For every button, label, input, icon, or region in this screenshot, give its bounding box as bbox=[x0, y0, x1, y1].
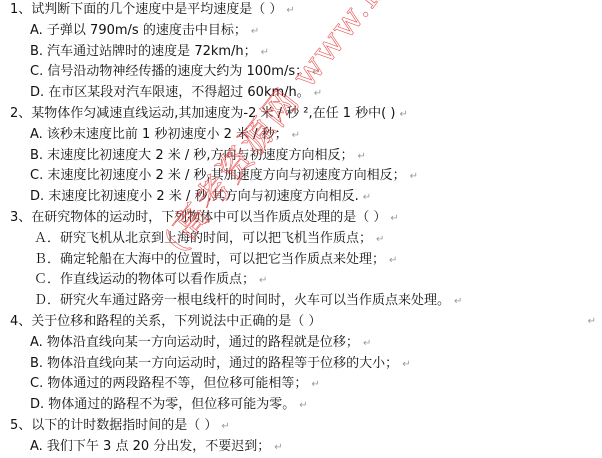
paragraph-mark-icon: ↵ bbox=[251, 26, 259, 37]
paragraph-mark-icon: ↵ bbox=[259, 275, 267, 286]
option-text: D. 物体通过的路程不为零，但位移可能为零。 bbox=[30, 397, 295, 412]
paragraph-mark-icon: ↵ bbox=[402, 359, 410, 370]
question-1-option-c: C. 信号沿动物神经传播的速度大约为 100m/s；↵ bbox=[0, 62, 602, 83]
option-text: Ｂ．确定轮船在大海中的位置时，可以把它当作质点来处理； bbox=[34, 252, 385, 267]
question-3-option-d: Ｄ．研究火车通过路旁一根电线杆的时间时，火车可以当作质点来处理。↵ bbox=[0, 291, 602, 312]
document-page: 1、试判断下面的几个速度中是平均速度是（ ）↵ A. 子弹以 790m/s 的速… bbox=[0, 0, 602, 458]
question-1-option-d: D. 在市区某段对汽车限速，不得超过 60km/h。↵ bbox=[0, 83, 602, 104]
option-text: A. 物体沿直线向某一方向运动时，通过的路程就是位移； bbox=[30, 335, 359, 350]
paragraph-mark-icon: ↵ bbox=[358, 151, 366, 162]
paragraph-mark-icon: ↵ bbox=[390, 213, 398, 224]
question-2-option-d: D. 末速度比初速度小 2 米 / 秒,其方向与初速度方向相反.↵ bbox=[0, 187, 602, 208]
question-4-option-a: A. 物体沿直线向某一方向运动时，通过的路程就是位移；↵ bbox=[0, 333, 602, 354]
question-2-option-a: A. 该秒末速度比前 1 秒初速度小 2 米 / 秒；↵ bbox=[0, 125, 602, 146]
option-text: C. 末速度比初速度小 2 米 / 秒,其加速度方向与初速度方向相反； bbox=[30, 168, 406, 183]
question-text: 5、以下的计时数据指时间的是（ ） bbox=[10, 418, 217, 433]
paragraph-mark-icon: ↵ bbox=[588, 312, 596, 333]
question-3-option-a: Ａ．研究飞机从北京到上海的时间，可以把飞机当作质点；↵ bbox=[0, 229, 602, 250]
question-4-stem: 4、关于位移和路程的关系，下列说法中正确的是（ ）↵ bbox=[0, 312, 602, 333]
paragraph-mark-icon: ↵ bbox=[292, 130, 300, 141]
paragraph-mark-icon: ↵ bbox=[363, 192, 371, 203]
paragraph-mark-icon: ↵ bbox=[314, 88, 322, 99]
paragraph-mark-icon: ↵ bbox=[363, 338, 371, 349]
paragraph-mark-icon: ↵ bbox=[311, 379, 319, 390]
question-4-option-d: D. 物体通过的路程不为零，但位移可能为零。↵ bbox=[0, 395, 602, 416]
option-text: D. 末速度比初速度小 2 米 / 秒,其方向与初速度方向相反. bbox=[30, 189, 359, 204]
option-text: B. 物体沿直线向某一方向运动时，通过的路程等于位移的大小； bbox=[30, 356, 398, 371]
option-text: A. 我们下午 3 点 20 分出发，不要迟到； bbox=[30, 439, 270, 454]
option-text: A. 该秒末速度比前 1 秒初速度小 2 米 / 秒； bbox=[30, 127, 288, 142]
option-text: C. 信号沿动物神经传播的速度大约为 100m/s； bbox=[30, 64, 308, 79]
question-1-option-b: B. 汽车通过站牌时的速度是 72km/h；↵ bbox=[0, 42, 602, 63]
option-text: Ｃ．作直线运动的物体可以看作质点； bbox=[34, 272, 255, 287]
question-1-stem: 1、试判断下面的几个速度中是平均速度是（ ）↵ bbox=[0, 0, 602, 21]
question-2-option-c: C. 末速度比初速度小 2 米 / 秒,其加速度方向与初速度方向相反；↵ bbox=[0, 166, 602, 187]
question-4-option-b: B. 物体沿直线向某一方向运动时，通过的路程等于位移的大小；↵ bbox=[0, 354, 602, 375]
question-5-stem: 5、以下的计时数据指时间的是（ ）↵ bbox=[0, 416, 602, 437]
paragraph-mark-icon: ↵ bbox=[221, 421, 229, 432]
question-text: 2、某物体作匀减速直线运动,其加速度为-2 米 / 秒 ²,在任 1 秒中( ) bbox=[10, 106, 395, 121]
question-5-option-a: A. 我们下午 3 点 20 分出发，不要迟到；↵ bbox=[0, 437, 602, 458]
question-text: 3、在研究物体的运动时，下列物体中可以当作质点处理的是（ ） bbox=[10, 210, 386, 225]
question-3-option-c: Ｃ．作直线运动的物体可以看作质点；↵ bbox=[0, 270, 602, 291]
paragraph-mark-icon: ↵ bbox=[274, 442, 282, 453]
paragraph-mark-icon: ↵ bbox=[261, 47, 269, 58]
paragraph-mark-icon: ↵ bbox=[376, 234, 384, 245]
question-2-stem: 2、某物体作匀减速直线运动,其加速度为-2 米 / 秒 ²,在任 1 秒中( )… bbox=[0, 104, 602, 125]
question-1-option-a: A. 子弹以 790m/s 的速度击中目标；↵ bbox=[0, 21, 602, 42]
paragraph-mark-icon: ↵ bbox=[286, 5, 294, 16]
question-text: 4、关于位移和路程的关系，下列说法中正确的是（ ） bbox=[10, 314, 321, 329]
option-text: C. 物体通过的两段路程不等，但位移可能相等； bbox=[30, 376, 307, 391]
option-text: D. 在市区某段对汽车限速，不得超过 60km/h。 bbox=[30, 85, 310, 100]
question-2-option-b: B. 末速度比初速度大 2 米 / 秒,方向与初速度方向相反；↵ bbox=[0, 146, 602, 167]
question-3-stem: 3、在研究物体的运动时，下列物体中可以当作质点处理的是（ ）↵ bbox=[0, 208, 602, 229]
paragraph-mark-icon: ↵ bbox=[454, 296, 462, 307]
paragraph-mark-icon: ↵ bbox=[410, 171, 418, 182]
paragraph-mark-icon: ↵ bbox=[389, 255, 397, 266]
paragraph-mark-icon: ↵ bbox=[399, 109, 407, 120]
paragraph-mark-icon: ↵ bbox=[312, 67, 320, 78]
option-text: Ｄ．研究火车通过路旁一根电线杆的时间时，火车可以当作质点来处理。 bbox=[34, 293, 450, 308]
question-text: 1、试判断下面的几个速度中是平均速度是（ ） bbox=[10, 2, 282, 17]
option-text: A. 子弹以 790m/s 的速度击中目标； bbox=[30, 23, 247, 38]
question-4-option-c: C. 物体通过的两段路程不等，但位移可能相等；↵ bbox=[0, 374, 602, 395]
option-text: Ａ．研究飞机从北京到上海的时间，可以把飞机当作质点； bbox=[34, 231, 372, 246]
option-text: B. 末速度比初速度大 2 米 / 秒,方向与初速度方向相反； bbox=[30, 148, 354, 163]
question-3-option-b: Ｂ．确定轮船在大海中的位置时，可以把它当作质点来处理；↵ bbox=[0, 250, 602, 271]
paragraph-mark-icon: ↵ bbox=[299, 400, 307, 411]
option-text: B. 汽车通过站牌时的速度是 72km/h； bbox=[30, 44, 257, 59]
